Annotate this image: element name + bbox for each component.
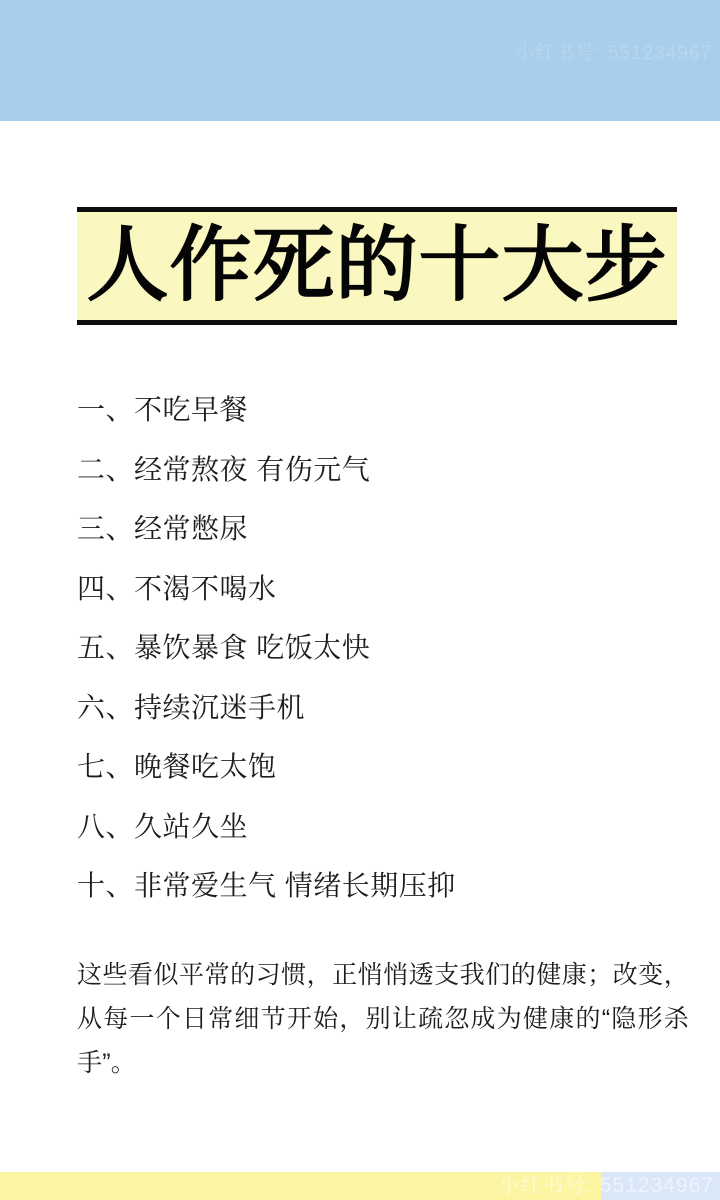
watermark-id-top: 小红书号: 551234967 [515, 38, 712, 65]
list-item: 二、经常熬夜 有伤元气 [77, 440, 677, 500]
footer-band-yellow [0, 1172, 601, 1200]
list-item: 八、久站久坐 [77, 797, 677, 857]
footer-band-blue [601, 1172, 720, 1200]
badge-label: 小红书 [657, 1148, 699, 1164]
page-title: 人作死的十大步 [86, 212, 667, 320]
closing-paragraph: 这些看似平常的习惯，正悄悄透支我们的健康；改变，从每一个日常细节开始，别让疏忽成… [77, 953, 689, 1085]
list-item: 七、晚餐吃太饱 [77, 737, 677, 797]
xiaohongshu-logo-badge: 小红书 [646, 1144, 710, 1168]
header-band: 小红书号: 551234967 [0, 0, 720, 121]
habit-list: 一、不吃早餐二、经常熬夜 有伤元气三、经常憋尿四、不渴不喝水五、暴饮暴食 吃饭太… [77, 380, 677, 916]
list-item: 五、暴饮暴食 吃饭太快 [77, 618, 677, 678]
list-item: 一、不吃早餐 [77, 380, 677, 440]
list-item: 三、经常憋尿 [77, 499, 677, 559]
list-item: 十、非常爱生气 情绪长期压抑 [77, 856, 677, 916]
list-item: 四、不渴不喝水 [77, 559, 677, 619]
title-banner: 人作死的十大步 [77, 207, 677, 325]
list-item: 六、持续沉迷手机 [77, 678, 677, 738]
infographic-card: 小红书号: 551234967 人作死的十大步 一、不吃早餐二、经常熬夜 有伤元… [0, 0, 720, 1200]
